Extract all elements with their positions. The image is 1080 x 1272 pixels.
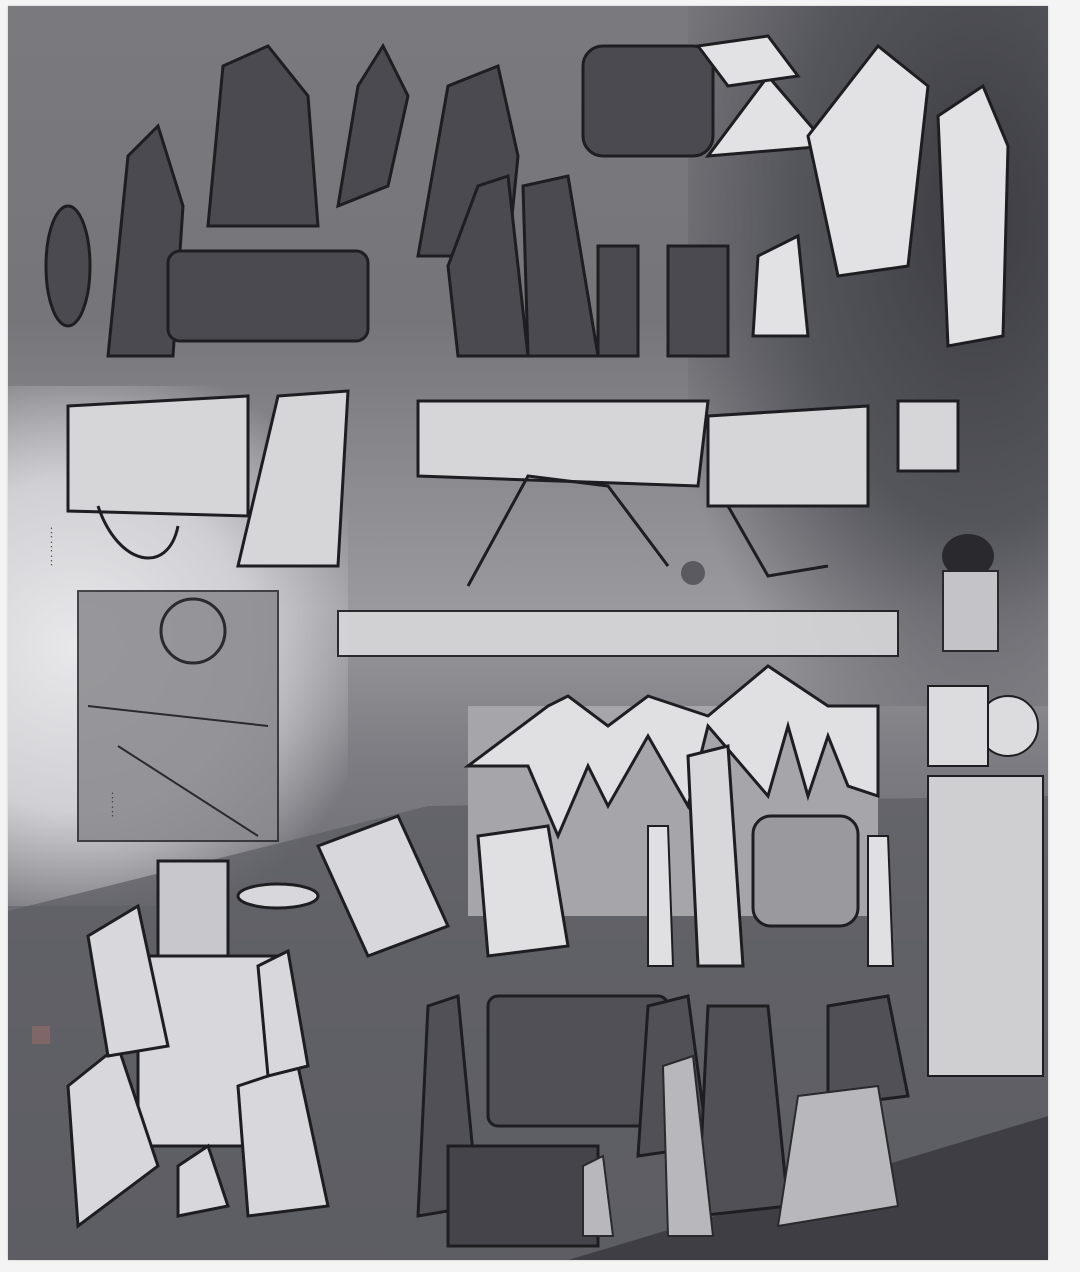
dark-ball <box>681 561 705 585</box>
right-column-figures <box>928 686 1043 1076</box>
painting-canvas: ︙︙︙ ︙︙ <box>8 6 1048 1260</box>
red-seal <box>32 1026 50 1044</box>
top-band-figures <box>46 46 728 356</box>
upper-middle-panels <box>68 391 958 566</box>
top-band-white-figures <box>698 36 1008 346</box>
narrow-frieze <box>338 611 898 656</box>
painting-shapes <box>8 6 1048 1260</box>
patterned-block <box>943 571 998 651</box>
calligraphy-inscription-lower: ︙︙ <box>103 791 117 841</box>
calligraphy-inscription-upper: ︙︙︙ <box>42 526 56 596</box>
